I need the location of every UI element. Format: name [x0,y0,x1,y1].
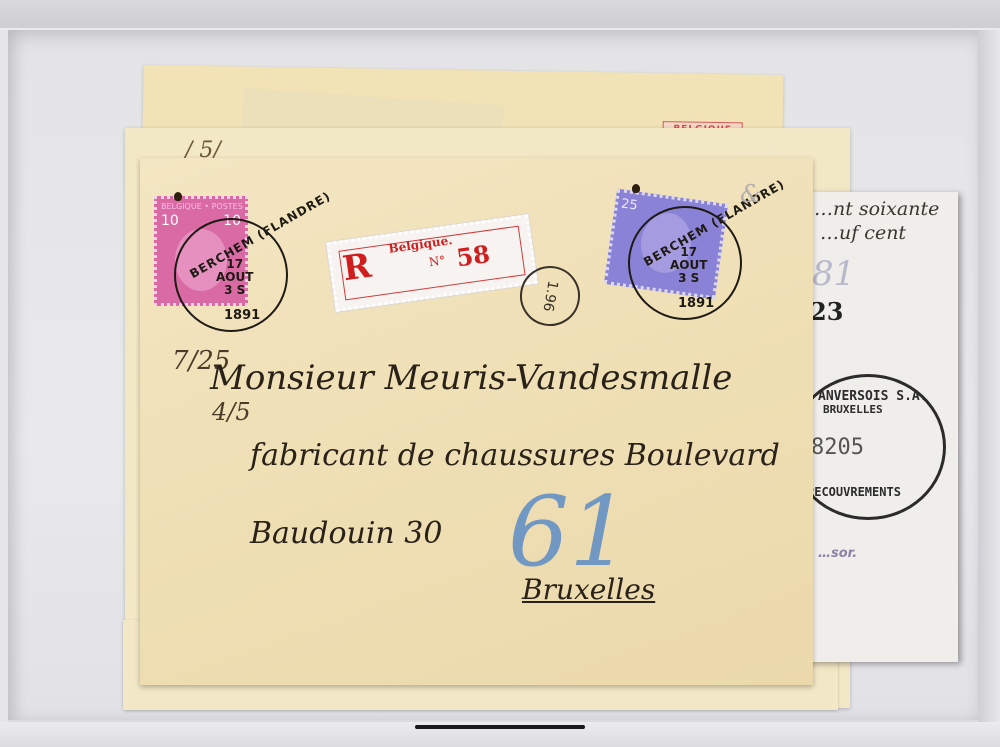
address-line-2: fabricant de chaussures Boulevard [250,438,780,473]
postmark-year: 1891 [678,296,714,311]
stamp-value-left: 10 [161,213,179,229]
postmark-date: 17 AOUT 3 S [216,258,253,297]
receipt-pencil-number: 81 [812,254,855,294]
postmark-year: 1891 [224,308,260,323]
margin-note-2: 4/5 [212,398,251,426]
postmark-extra: 3 S [678,271,699,285]
stamp-value: 25 [620,196,638,213]
registration-number-prefix: N° [428,253,446,269]
storage-box-lid-edge [0,0,1000,30]
box-handle-slot [415,725,585,729]
blue-crayon-number: 61 [508,476,630,588]
oval-stamp-line1: ANVERSOIS S.A. [818,389,928,404]
pin-hole-icon [632,184,640,193]
postmark-date: 17 AOUT 3 S [670,246,707,285]
oval-stamp-line4: RECOUVREMENTS [807,485,901,499]
address-line-3: Baudouin 30 [250,516,442,551]
registration-number: 58 [455,239,492,272]
collection-receipt: …nt soixante …uf cent 81 23 ANVERSOIS S.… [800,192,958,662]
pencil-mark: & [740,180,761,208]
oval-stamp-line2: BRUXELLES [823,403,883,416]
address-line-1: Monsieur Meuris-Vandesmalle [210,358,732,398]
registered-cover-envelope: BELGIQUE • POSTES 10 10 BERCHEM (FLANDRE… [140,158,813,685]
stamp-country-text: BELGIQUE • POSTES [161,202,243,211]
postmark-day: 17 [680,245,697,259]
receipt-printed-number: 23 [810,297,843,326]
oval-stamp-number: 8205 [811,435,864,460]
berchem-postmark-right: BERCHEM (FLANDRE) 17 AOUT 3 S 1891 [628,206,742,320]
receipt-handwriting-line1: …nt soixante [814,198,939,220]
receipt-footer-text: …sor. [818,546,857,561]
postmark-extra: 3 S [224,283,245,297]
storage-box-right-wall [978,30,1000,747]
berchem-postmark-left: BERCHEM (FLANDRE) 17 AOUT 3 S 1891 [174,218,288,332]
postmark-ring-text: BERCHEM (FLANDRE) [641,177,787,269]
registration-label: R Belgique. N° 58 [326,214,538,312]
postmark-day: 17 [226,257,243,271]
storage-box-left-wall [0,30,8,747]
postmark-month: AOUT [216,270,253,284]
receipt-handwriting-line2: …uf cent [820,222,906,244]
registration-letter: R [340,246,374,290]
postmark-month: AOUT [670,258,707,272]
recouvrements-oval-stamp: ANVERSOIS S.A. BRUXELLES 8205 RECOUVREME… [790,374,946,520]
pin-hole-icon [174,192,182,201]
